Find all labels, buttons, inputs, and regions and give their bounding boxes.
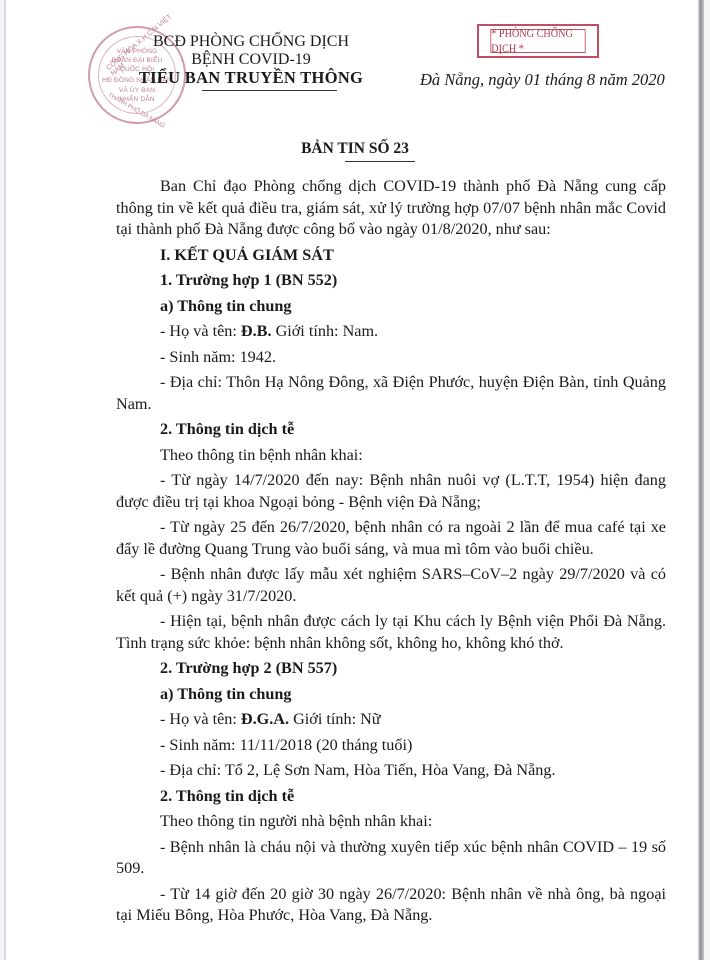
- stamp-text: * PHÒNG CHỐNG DỊCH *: [490, 29, 585, 53]
- case-1-epi-item: - Từ ngày 25 đến 26/7/2020, bệnh nhân có…: [116, 517, 666, 560]
- org-line-2: BỆNH COVID-19: [136, 51, 366, 69]
- page-edge-shadow: [698, 0, 704, 960]
- case-1-epi-item: - Từ ngày 14/7/2020 đến nay: Bệnh nhân n…: [116, 470, 666, 513]
- section-heading: I. KẾT QUẢ GIÁM SÁT: [116, 245, 666, 267]
- case-1-name: - Họ và tên: Đ.B. Giới tính: Nam.: [116, 321, 666, 343]
- bulletin-title: BẢN TIN SỐ 23: [6, 140, 704, 158]
- name-value: Đ.B.: [241, 322, 272, 340]
- org-line-3: TIỂU BAN TRUYỀN THÔNG: [136, 69, 366, 87]
- case-2-birth: - Sinh năm: 11/11/2018 (20 tháng tuổi): [116, 735, 666, 757]
- gender: Giới tính: Nữ: [289, 710, 381, 728]
- case-2-epi-item: - Bệnh nhân là cháu nội và thường xuyên …: [116, 837, 666, 880]
- case-1-birth: - Sinh năm: 1942.: [116, 347, 666, 369]
- case-1-epi-heading: 2. Thông tin dịch tễ: [116, 419, 666, 441]
- case-2-epi-heading: 2. Thông tin dịch tễ: [116, 786, 666, 808]
- case-1-address: - Địa chỉ: Thôn Hạ Nông Đông, xã Điện Ph…: [116, 372, 666, 415]
- header-underline: [202, 90, 337, 91]
- seal-ring-bottom: THÀNH PHỐ ĐÀ NẴNG: [107, 92, 166, 129]
- issuing-authority: BCĐ PHÒNG CHỐNG DỊCH BỆNH COVID-19 TIỂU …: [136, 33, 366, 87]
- case-1-epi-item: - Hiện tại, bệnh nhân được cách ly tại K…: [116, 611, 666, 654]
- document-body: Ban Chỉ đạo Phòng chống dịch COVID-19 th…: [116, 176, 666, 927]
- case-1-general-heading: a) Thông tin chung: [116, 296, 666, 318]
- seal-line: VÀ ỦY BAN: [90, 87, 184, 94]
- case-2-heading: 2. Trường hợp 2 (BN 557): [116, 658, 666, 680]
- name-label: - Họ và tên:: [160, 710, 241, 728]
- title-underline: [345, 161, 415, 162]
- date-line: Đà Nẵng, ngày 01 tháng 8 năm 2020: [420, 70, 665, 90]
- case-1-heading: 1. Trường hợp 1 (BN 552): [116, 270, 666, 292]
- case-2-general-heading: a) Thông tin chung: [116, 684, 666, 706]
- gender: Giới tính: Nam.: [272, 322, 379, 340]
- case-2-epi-item: - Từ 14 giờ đến 20 giờ 30 ngày 26/7/2020…: [116, 884, 666, 927]
- org-line-1: BCĐ PHÒNG CHỐNG DỊCH: [136, 33, 366, 51]
- name-value: Đ.G.A.: [241, 710, 289, 728]
- red-stamp: * PHÒNG CHỐNG DỊCH *: [477, 24, 599, 58]
- case-1-epi-intro: Theo thông tin bệnh nhân khai:: [116, 445, 666, 467]
- name-label: - Họ và tên:: [160, 322, 241, 340]
- case-2-epi-intro: Theo thông tin người nhà bệnh nhân khai:: [116, 811, 666, 833]
- intro-paragraph: Ban Chỉ đạo Phòng chống dịch COVID-19 th…: [116, 176, 666, 241]
- case-2-address: - Địa chỉ: Tổ 2, Lệ Sơn Nam, Hòa Tiến, H…: [116, 760, 666, 782]
- document-page: CỘNG HÒA X.H.C.N VIỆT NAM VĂN PHÒNG ĐOÀN…: [4, 0, 704, 960]
- case-1-epi-item: - Bệnh nhân được lấy mẫu xét nghiệm SARS…: [116, 564, 666, 607]
- case-2-name: - Họ và tên: Đ.G.A. Giới tính: Nữ: [116, 709, 666, 731]
- seal-line: NHÂN DÂN: [90, 96, 184, 103]
